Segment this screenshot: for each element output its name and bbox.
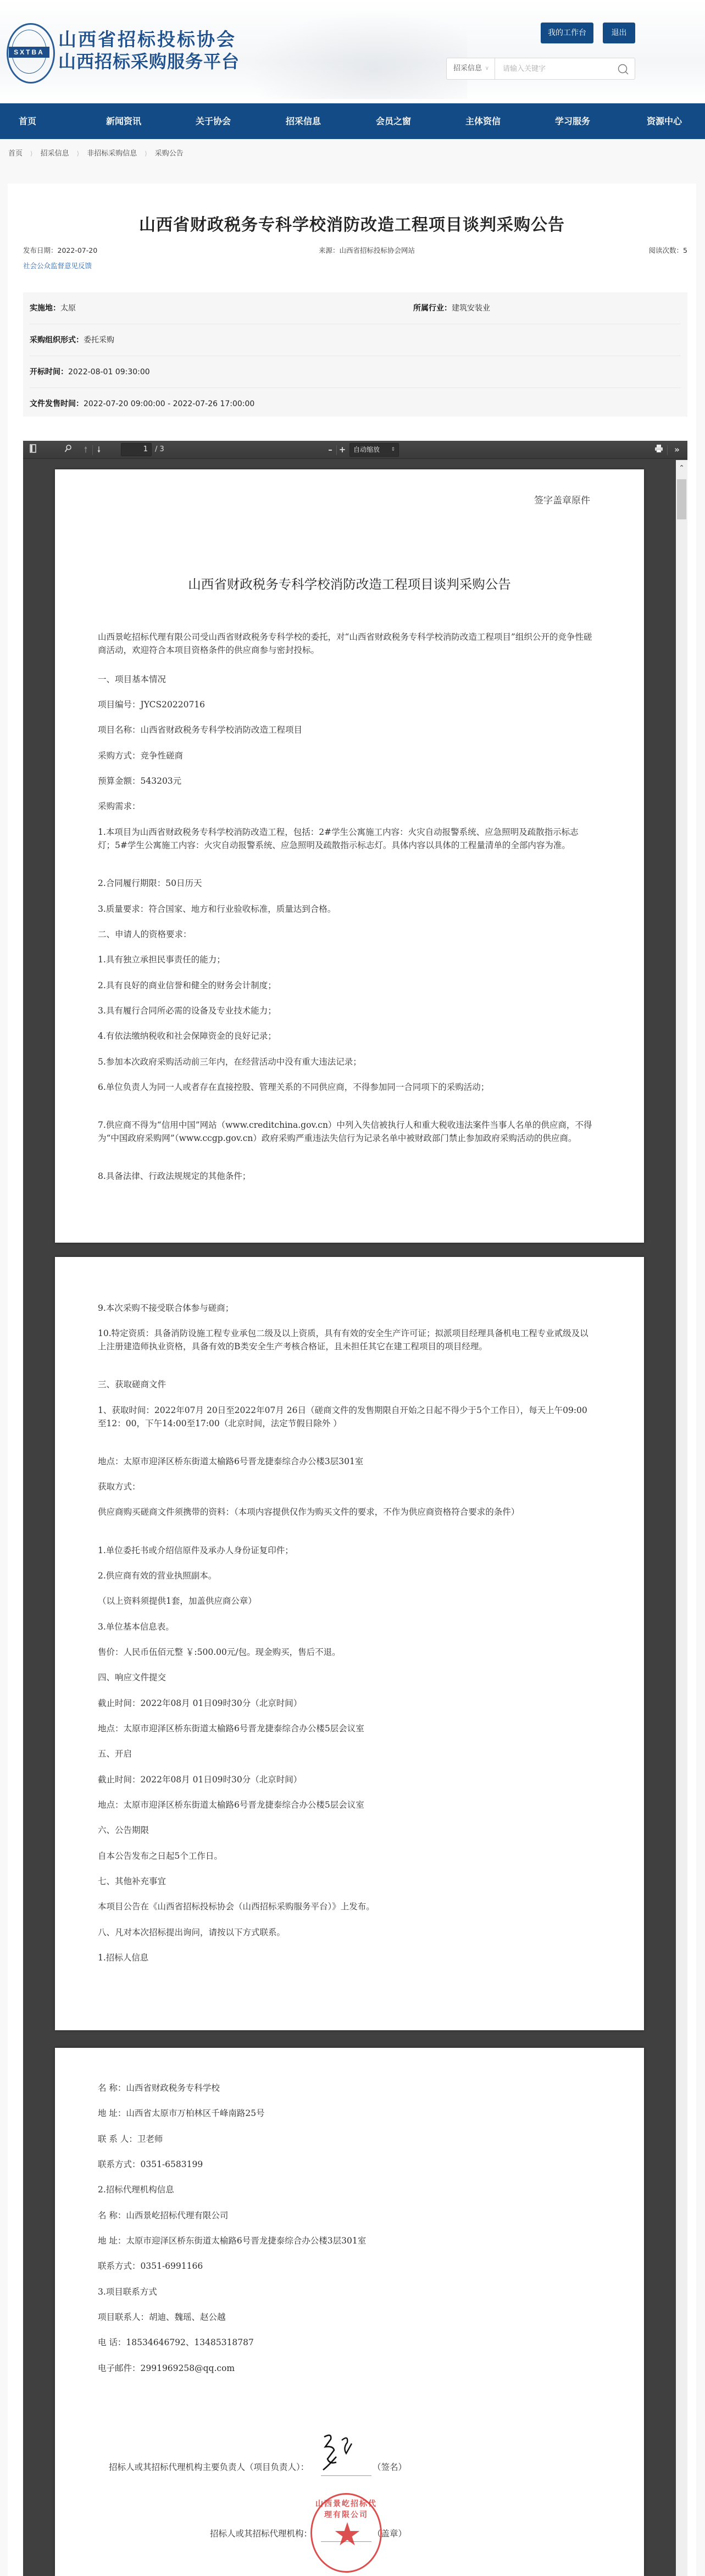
zoom-out-icon[interactable]: –	[326, 444, 334, 455]
search-bar: 招采信息 ∨	[446, 58, 635, 80]
doc-paragraph: 1.本项目为山西省财政税务专科学校消防改造工程，包括：2#学生公寓施工内容：火灾…	[98, 826, 595, 852]
doc-paragraph: 截止时间：2022年08月 01日09时30分（北京时间）	[98, 1773, 595, 1786]
zoom-in-icon[interactable]: +	[338, 444, 346, 455]
doc-paragraph: 2.合同履行期限：50日历天	[98, 877, 595, 890]
doc-sale-label: 文件发售时间：	[30, 400, 84, 408]
doc-paragraph: 2.具有良好的商业信誉和健全的财务会计制度；	[98, 979, 595, 992]
breadcrumb: 首页 ⟩ 招采信息 ⟩ 非招标采购信息 ⟩ 采购公告	[8, 148, 184, 159]
doc-paragraph: 采购方式：竞争性磋商	[98, 749, 595, 762]
pdf-page-1: 签字盖章原件 山西省财政税务专科学校消防改造工程项目谈判采购公告 山西景屹招标代…	[55, 469, 644, 1243]
chevron-right-icon: ⟩	[77, 148, 79, 159]
page-title: 山西省财政税务专科学校消防改造工程项目谈判采购公告	[8, 211, 696, 235]
industry-label: 所属行业：	[413, 304, 452, 313]
find-icon[interactable]	[64, 444, 73, 455]
previous-page-icon[interactable]: 🠕	[81, 444, 90, 455]
publish-date: 发布日期：2022-07-20	[23, 245, 97, 255]
nav-item-home[interactable]: 首页	[11, 103, 44, 139]
pdf-toolbar: 🠕 🠗 1 / 3 – + 自动缩放 ⇕ »	[23, 441, 687, 459]
doc-paragraph: 地 址：太原市迎泽区桥东街道太榆路6号晋龙捷泰综合办公楼3层301室	[98, 2234, 595, 2247]
print-icon[interactable]	[654, 444, 664, 455]
breadcrumb-procurement-info[interactable]: 招采信息	[41, 148, 69, 159]
nav-item-credit[interactable]: 主体资信	[458, 103, 508, 139]
doc-heading: 二、申请人的资格要求：	[98, 928, 595, 941]
doc-paragraph: 3.具有履行合同所必需的设备及专业技术能力；	[98, 1004, 595, 1017]
page-number-input[interactable]: 1	[121, 443, 152, 456]
doc-paragraph: 9.本次采购不接受联合体参与磋商；	[98, 1301, 595, 1315]
logout-button[interactable]: 退出	[603, 23, 635, 43]
logo-band: SXTBA	[9, 47, 49, 58]
public-feedback-link[interactable]: 社会公众监督意见反馈	[23, 261, 92, 270]
zoom-select-value: 自动缩放	[353, 446, 380, 453]
zoom-select[interactable]: 自动缩放 ⇕	[349, 443, 399, 457]
more-tools-icon[interactable]: »	[671, 444, 682, 455]
doc-heading: 四、响应文件提交	[98, 1671, 595, 1684]
seal-label: 招标人或其招标代理机构：	[210, 2527, 320, 2540]
doc-paragraph: 2.招标代理机构信息	[98, 2183, 595, 2196]
doc-paragraph: 自本公告发布之日起5个工作日。	[98, 1849, 595, 1863]
doc-paragraph: 项目编号：JYCS20220716	[98, 698, 595, 711]
pdf-scrollbar-thumb[interactable]	[677, 479, 686, 519]
doc-heading: 三、获取磋商文件	[98, 1378, 595, 1391]
doc-paragraph: 截止时间：2022年08月 01日09时30分（北京时间）	[98, 1697, 595, 1710]
handwritten-signature-icon	[320, 2431, 358, 2475]
open-time-value: 2022-08-01 09:30:00	[68, 368, 150, 376]
pdf-page-3: 名 称：山西省财政税务专科学校 地 址：山西省太原市万柏林区千峰南路25号 联 …	[55, 2048, 644, 2576]
site-title: 山西省招标投标协会 山西招标采购服务平台	[58, 29, 240, 73]
next-page-icon[interactable]: 🠗	[95, 444, 103, 455]
pdf-viewer: 🠕 🠗 1 / 3 – + 自动缩放 ⇕ » 签字盖章原件 山西省财政税务专科学…	[23, 441, 687, 2576]
site-title-line2: 山西招标采购服务平台	[58, 51, 240, 73]
doc-paragraph: 电子邮件：2991969258@qq.com	[98, 2362, 595, 2375]
signature-line	[321, 2475, 371, 2476]
doc-paragraph: 联系方式：0351-6583199	[98, 2158, 595, 2171]
nav-item-learning[interactable]: 学习服务	[548, 103, 597, 139]
doc-paragraph: 5.参加本次政府采购活动前三年内，在经营活动中没有重大违法记录；	[98, 1055, 595, 1068]
document-title: 山西省财政税务专科学校消防改造工程项目谈判采购公告	[55, 574, 644, 592]
doc-paragraph: 2.供应商有效的营业执照副本。	[98, 1569, 595, 1582]
company-seal-stamp: 山西景屹招标代理有限公司 ★	[310, 2493, 382, 2573]
read-count: 阅读次数：5	[649, 245, 687, 255]
doc-sale-value: 2022-07-20 09:00:00 - 2022-07-26 17:00:0…	[84, 400, 254, 408]
location-value: 太原	[60, 304, 76, 313]
info-row-open-time: 开标时间：2022-08-01 09:30:00	[30, 356, 681, 388]
pdf-page-2: 9.本次采购不接受联合体参与磋商； 10.特定资质：具备消防设施工程专业承包二级…	[55, 1257, 644, 2030]
star-icon: ★	[331, 2518, 364, 2551]
header-background-art	[236, 5, 467, 99]
doc-heading: 六、公告期限	[98, 1824, 595, 1837]
doc-paragraph: 8.具备法律、行政法规规定的其他条件；	[98, 1170, 595, 1183]
info-row-doc-sale: 文件发售时间：2022-07-20 09:00:00 - 2022-07-26 …	[30, 388, 681, 420]
doc-heading: 五、开启	[98, 1747, 595, 1760]
doc-paragraph: 项目联系人：胡迪、魏瑶、赵公越	[98, 2311, 595, 2324]
search-icon[interactable]	[617, 63, 629, 75]
doc-paragraph: 本项目公告在《山西省招标投标协会（山西招标采购服务平台）》上发布。	[98, 1900, 595, 1913]
total-pages: / 3	[155, 444, 164, 455]
doc-paragraph: 10.特定资质：具备消防设施工程专业承包二级及以上资质，具有有效的安全生产许可证…	[98, 1327, 595, 1353]
doc-paragraph: 供应商购买磋商文件须携带的资料：（本项内容提供仅作为购买文件的要求，不作为供应商…	[98, 1505, 595, 1519]
doc-paragraph: 售价：人民币伍佰元整 ￥:500.00元/包。现金购买，售后不退。	[98, 1646, 595, 1659]
toolbar-divider	[92, 445, 93, 455]
info-row-location: 实施地：太原 所属行业：建筑安装业	[30, 292, 681, 324]
doc-paragraph: 3.质量要求：符合国家、地方和行业验收标准，质量达到合格。	[98, 902, 595, 916]
breadcrumb-home[interactable]: 首页	[8, 148, 23, 159]
nav-item-procurement-info[interactable]: 招采信息	[279, 103, 328, 139]
doc-paragraph: 1.招标人信息	[98, 1951, 595, 1964]
doc-paragraph: 地点：太原市迎泽区桥东街道太榆路6号晋龙捷泰综合办公楼3层301室	[98, 1455, 595, 1468]
doc-paragraph: 联系方式：0351-6991166	[98, 2259, 595, 2273]
search-input[interactable]	[496, 58, 612, 79]
doc-paragraph: 3.单位基本信息表。	[98, 1620, 595, 1633]
doc-paragraph: 1、获取时间：2022年07月 20日至2022年07月 26日（磋商文件的发售…	[98, 1404, 595, 1430]
toolbar-divider	[667, 445, 668, 455]
doc-paragraph: 电 话：18534646792、13485318787	[98, 2336, 595, 2349]
signed-original-note: 签字盖章原件	[534, 492, 590, 506]
org-form-label: 采购组织形式：	[30, 336, 84, 345]
doc-paragraph: 4.有依法缴纳税收和社会保障资金的良好记录；	[98, 1029, 595, 1043]
doc-paragraph: 预算金额：543203元	[98, 774, 595, 788]
doc-paragraph: 6.单位负责人为同一人或者存在直接控股、管理关系的不同供应商，不得参加同一合同项…	[98, 1081, 595, 1094]
doc-paragraph: 1.具有独立承担民事责任的能力；	[98, 953, 595, 966]
doc-paragraph: 地点：太原市迎泽区桥东街道太榆路6号晋龙捷泰综合办公楼5层会议室	[98, 1798, 595, 1811]
doc-heading: 一、项目基本情况	[98, 673, 595, 686]
doc-paragraph: 采购需求：	[98, 800, 595, 813]
signature-suffix: （签名）	[373, 2461, 406, 2474]
info-row-org-form: 采购组织形式：委托采购	[30, 324, 681, 356]
doc-paragraph: 名 称：山西景屹招标代理有限公司	[98, 2209, 595, 2222]
main-nav: 首页 新闻资讯 关于协会 招采信息 会员之窗 主体资信 学习服务 资源中心	[0, 103, 705, 139]
doc-paragraph: 3.项目联系方式	[98, 2285, 595, 2298]
site-logo[interactable]: SXTBA	[7, 23, 55, 84]
chevron-down-icon: ∨	[485, 58, 489, 79]
nav-item-resources[interactable]: 资源中心	[640, 103, 689, 139]
search-category-label: 招采信息	[453, 64, 482, 73]
doc-paragraph: 地 址：山西省太原市万柏林区千峰南路25号	[98, 2107, 595, 2120]
nav-item-news[interactable]: 新闻资讯	[99, 103, 148, 139]
chevron-right-icon: ⟩	[30, 148, 32, 159]
my-workbench-button[interactable]: 我的工作台	[541, 23, 593, 43]
doc-paragraph: 地点：太原市迎泽区桥东街道太榆路6号晋龙捷泰综合办公楼5层会议室	[98, 1722, 595, 1735]
doc-paragraph: 获取方式：	[98, 1480, 595, 1493]
doc-paragraph: 联 系 人：卫老师	[98, 2132, 595, 2146]
nav-item-members[interactable]: 会员之窗	[369, 103, 418, 139]
site-header: SXTBA 山西省招标投标协会 山西招标采购服务平台 我的工作台 退出 招采信息…	[0, 0, 705, 103]
chevron-right-icon: ⟩	[145, 148, 147, 159]
doc-paragraph: 7.供应商不得为“信用中国”网站（www.creditchina.gov.cn）…	[98, 1118, 595, 1145]
doc-paragraph: 名 称：山西省财政税务专科学校	[98, 2081, 595, 2095]
search-category-select[interactable]: 招采信息 ∨	[447, 58, 495, 79]
scroll-up-icon[interactable]: ⌃	[676, 462, 687, 473]
breadcrumb-non-tender[interactable]: 非招标采购信息	[87, 148, 137, 159]
sidebar-toggle-icon[interactable]	[29, 444, 37, 455]
doc-heading: 八、凡对本次招标提出询问，请按以下方式联系。	[98, 1926, 595, 1939]
org-form-value: 委托采购	[84, 336, 114, 345]
doc-paragraph: 项目名称：山西省财政税务专科学校消防改造工程项目	[98, 723, 595, 736]
project-info-box: 实施地：太原 所属行业：建筑安装业 采购组织形式：委托采购 开标时间：2022-…	[23, 292, 687, 417]
nav-item-about[interactable]: 关于协会	[188, 103, 238, 139]
doc-paragraph: 1.单位委托书或介绍信原件及承办人身份证复印件；	[98, 1544, 595, 1557]
toolbar-divider	[336, 445, 337, 455]
site-title-line1: 山西省招标投标协会	[58, 29, 240, 51]
doc-heading: 七、其他补充事宜	[98, 1875, 595, 1888]
location-label: 实施地：	[30, 304, 60, 313]
industry-value: 建筑安装业	[452, 304, 490, 313]
article-source: 来源：山西省招标投标协会网站	[319, 245, 415, 255]
open-time-label: 开标时间：	[30, 368, 68, 376]
article-card: 山西省财政税务专科学校消防改造工程项目谈判采购公告 发布日期：2022-07-2…	[8, 184, 696, 2576]
doc-paragraph: 山西景屹招标代理有限公司受山西省财政税务专科学校的委托，对“山西省财政税务专科学…	[98, 630, 595, 657]
pdf-scrollbar[interactable]: ⌃	[676, 460, 687, 2576]
breadcrumb-current: 采购公告	[155, 148, 184, 159]
select-arrows-icon: ⇕	[391, 444, 395, 456]
doc-paragraph: （以上资料须提供1套，加盖供应商公章）	[98, 1594, 595, 1608]
industry-field: 所属行业：建筑安装业	[413, 292, 490, 324]
